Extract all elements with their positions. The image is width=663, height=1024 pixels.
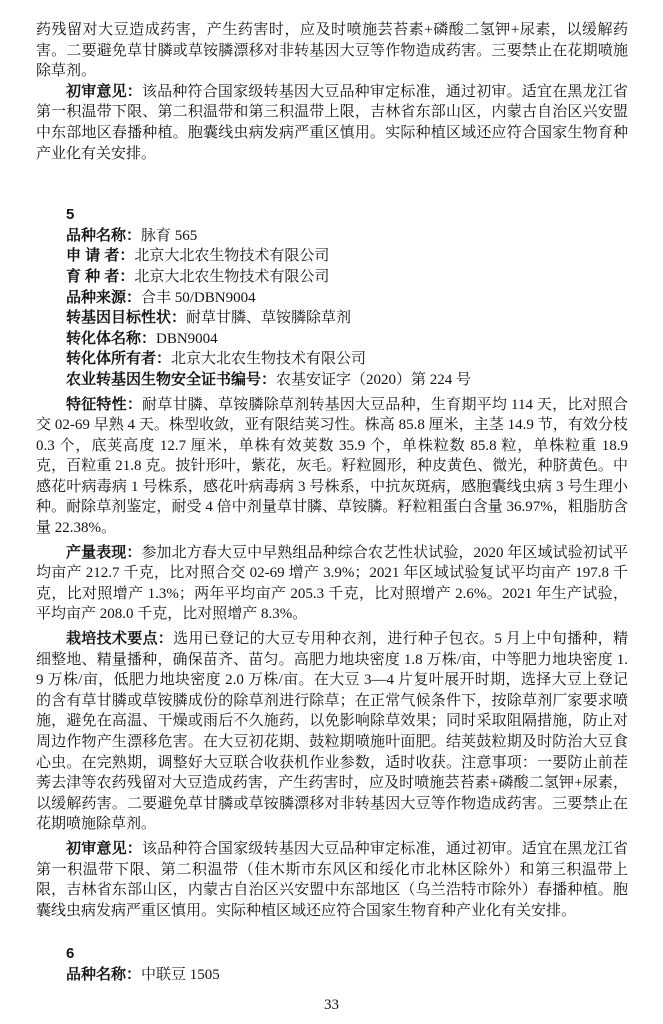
paragraph-yield-performance-5: 产量表现：参加北方春大豆中早熟组品种综合农艺性状试验，2020 年区域试验初试平… bbox=[36, 543, 628, 625]
field-value: 北京大北农生物技术有限公司 bbox=[171, 351, 366, 367]
field-value: 北京大北农生物技术有限公司 bbox=[134, 269, 329, 285]
paragraph-characteristics-5: 特征特性：耐草甘膦、草铵膦除草剂转基因大豆品种，生育期平均 114 天，比对照合… bbox=[36, 395, 628, 539]
field-value: 合丰 50/DBN9004 bbox=[141, 290, 256, 306]
paragraph-cultivation-points-5: 栽培技术要点：选用已登记的大豆专用种衣剂，进行种子包衣。5 月上中旬播种，精细整… bbox=[36, 629, 628, 835]
review-opinion-label-4: 初审意见： bbox=[66, 83, 142, 100]
field-target-trait-5: 转基因目标性状：耐草甘膦、草铵膦除草剂 bbox=[36, 308, 628, 329]
field-label: 品种来源： bbox=[66, 289, 141, 306]
field-label: 转化体名称： bbox=[66, 330, 156, 347]
review-opinion-paragraph-4: 初审意见：该品种符合国家级转基因大豆品种审定标准，通过初审。适宜在黑龙江省第一积… bbox=[36, 82, 628, 164]
review-opinion-label-5: 初审意见： bbox=[66, 840, 142, 857]
section-number-6: 6 bbox=[36, 944, 628, 965]
field-safety-certificate-5: 农业转基因生物安全证书编号：农基安证字（2020）第 224 号 bbox=[36, 370, 628, 391]
paragraph-label: 特征特性： bbox=[66, 396, 142, 413]
field-label: 育 种 者： bbox=[66, 268, 134, 285]
document-page: 药残留对大豆造成药害，产生药害时，应及时喷施芸苔素+磷酸二氢钾+尿素，以缓解药害… bbox=[0, 0, 663, 1024]
page-number: 33 bbox=[0, 997, 663, 1014]
field-value: 北京大北农生物技术有限公司 bbox=[134, 248, 329, 264]
carryover-paragraph: 药残留对大豆造成药害，产生药害时，应及时喷施芸苔素+磷酸二氢钾+尿素，以缓解药害… bbox=[36, 20, 628, 82]
field-value: DBN9004 bbox=[156, 331, 218, 347]
field-value: 脉育 565 bbox=[141, 228, 197, 244]
field-label: 农业转基因生物安全证书编号： bbox=[66, 371, 276, 388]
paragraph-label: 栽培技术要点： bbox=[66, 630, 173, 647]
field-variety-name-6: 品种名称：中联豆 1505 bbox=[36, 965, 628, 986]
field-variety-origin-5: 品种来源：合丰 50/DBN9004 bbox=[36, 288, 628, 309]
field-applicant-5: 申 请 者：北京大北农生物技术有限公司 bbox=[36, 246, 628, 267]
field-label: 转基因目标性状： bbox=[66, 309, 186, 326]
field-value: 中联豆 1505 bbox=[141, 967, 220, 983]
review-opinion-paragraph-5: 初审意见：该品种符合国家级转基因大豆品种审定标准，通过初审。适宜在黑龙江省第一积… bbox=[36, 839, 628, 921]
field-event-owner-5: 转化体所有者：北京大北农生物技术有限公司 bbox=[36, 349, 628, 370]
field-value: 耐草甘膦、草铵膦除草剂 bbox=[186, 310, 351, 326]
field-value: 农基安证字（2020）第 224 号 bbox=[276, 372, 471, 388]
field-variety-name-5: 品种名称：脉育 565 bbox=[36, 226, 628, 247]
paragraph-text: 选用已登记的大豆专用种衣剂，进行种子包衣。5 月上中旬播种，精细整地、精量播种，… bbox=[36, 631, 628, 832]
section-number-5: 5 bbox=[36, 205, 628, 226]
paragraph-label: 产量表现： bbox=[66, 544, 141, 561]
page-content: 药残留对大豆造成药害，产生药害时，应及时喷施芸苔素+磷酸二氢钾+尿素，以缓解药害… bbox=[36, 20, 628, 986]
paragraph-text: 耐草甘膦、草铵膦除草剂转基因大豆品种，生育期平均 114 天，比对照合交 02-… bbox=[36, 397, 628, 537]
field-label: 转化体所有者： bbox=[66, 350, 171, 367]
field-label: 品种名称： bbox=[66, 966, 141, 983]
field-label: 申 请 者： bbox=[66, 247, 134, 264]
field-event-name-5: 转化体名称：DBN9004 bbox=[36, 329, 628, 350]
field-label: 品种名称： bbox=[66, 227, 141, 244]
field-breeder-5: 育 种 者：北京大北农生物技术有限公司 bbox=[36, 267, 628, 288]
